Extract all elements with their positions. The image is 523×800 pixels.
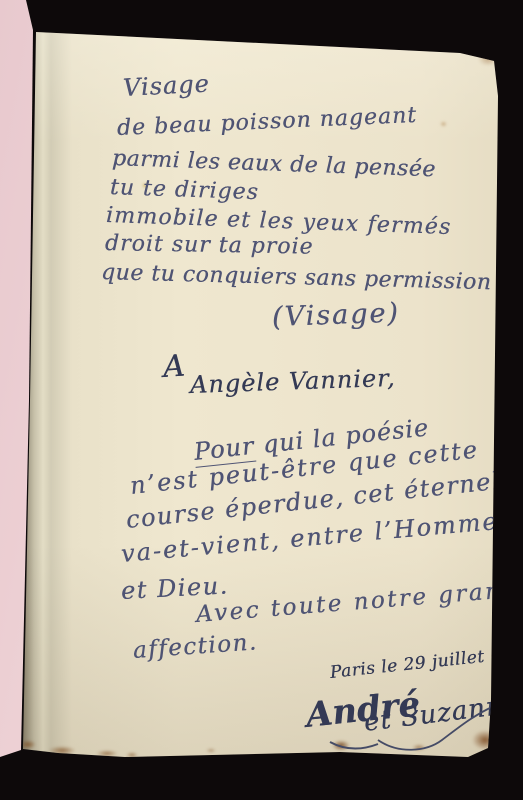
poem-title: Visage xyxy=(122,69,210,102)
closing-line-2: affection. xyxy=(132,629,258,664)
dedication-recipient: Angèle Vannier, xyxy=(190,364,396,399)
place-date-line: Paris le 29 juillet 1955. xyxy=(329,641,523,683)
poem-citation: (Visage) xyxy=(271,298,400,333)
poem-line-1: de beau poisson nageant xyxy=(116,103,417,141)
book-photo: Visage de beau poisson nageant parmi les… xyxy=(0,0,523,800)
dedication-salutation: A xyxy=(162,349,186,385)
poem-line-3: tu te diriges xyxy=(110,175,260,205)
closing-line-1: Avec toute notre grande xyxy=(195,575,523,628)
poem-line-6: que tu conquiers sans permission xyxy=(101,260,492,295)
book-page: Visage de beau poisson nageant parmi les… xyxy=(0,0,523,800)
poem-line-5: droit sur ta proie xyxy=(105,231,314,260)
handwriting-layer: Visage de beau poisson nageant parmi les… xyxy=(0,0,523,800)
